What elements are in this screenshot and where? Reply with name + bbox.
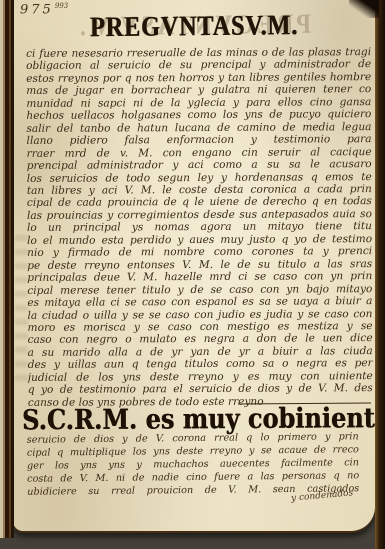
page-number-correction: 993 [55, 2, 68, 10]
manuscript-page: 975993 PREGVNTASV.M. PREGVNTASV.M. ci fu… [13, 0, 375, 531]
dark-corner-shadow [349, 0, 379, 18]
margin-bleed-smudge [15, 235, 28, 385]
page-number-original: 975 [20, 2, 54, 17]
manuscript-photo: 975993 PREGVNTASV.M. PREGVNTASV.M. ci fu… [0, 0, 385, 549]
text-line: prencipal administrador y aci como a su … [27, 158, 372, 172]
text-line: es mitaya ella ci se caso con espanol es… [27, 295, 372, 309]
section-text-block: seruicio de dios y de V. corona rreal q … [27, 431, 360, 499]
book-binding-edge [0, 0, 14, 538]
page-number: 975993 [20, 2, 68, 17]
page-right-edge [375, 0, 385, 549]
manuscript-text-block: ci fuere nesesario rreserualle de las mi… [26, 46, 373, 409]
text-line: q yo de testimonio para el seruicio de d… [28, 382, 373, 396]
